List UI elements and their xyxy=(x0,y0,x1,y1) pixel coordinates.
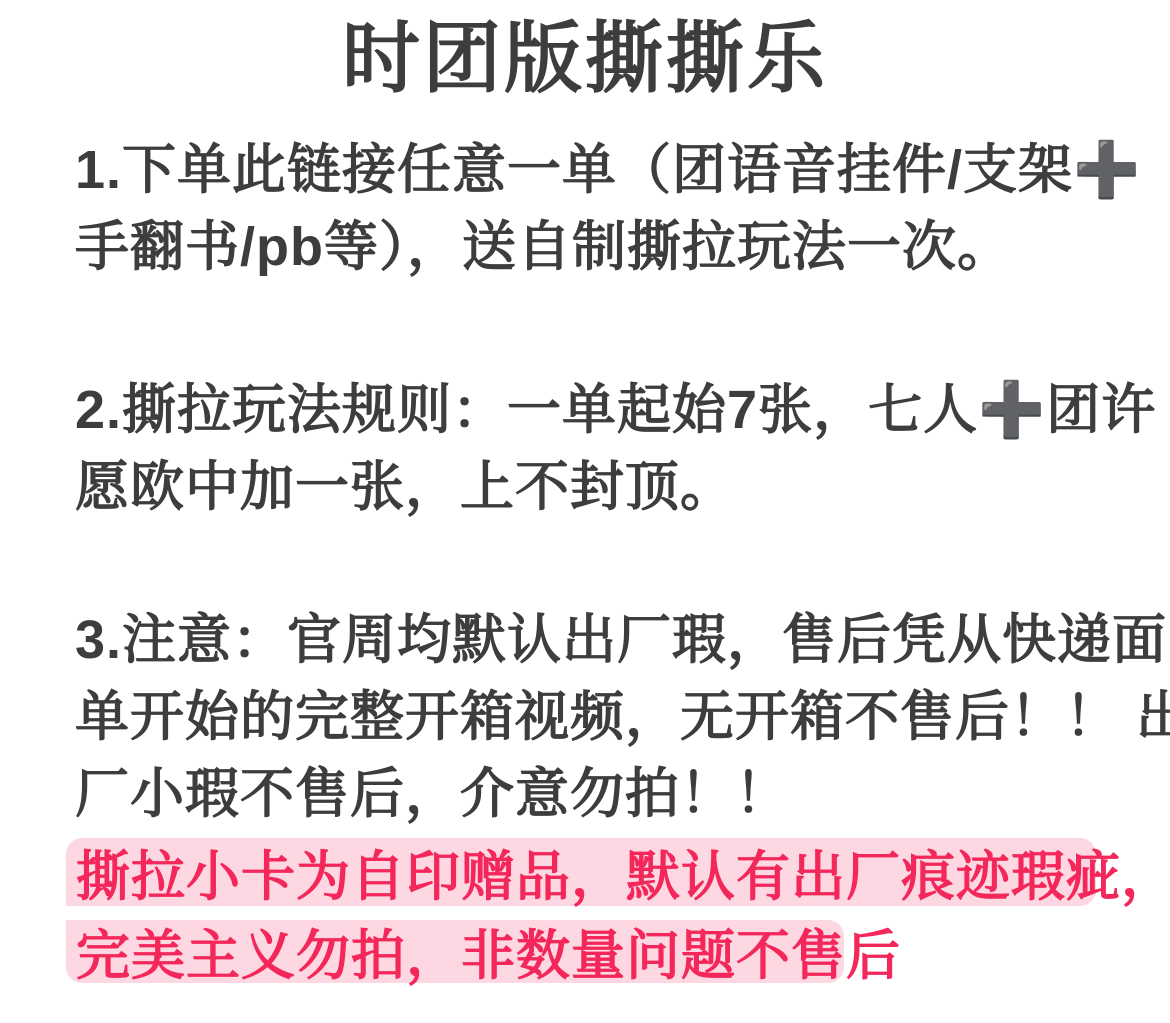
paragraph-gameplay-rule: 2.撕拉玩法规则：一单起始7张，七人➕团许 愿欧中加一张，上不封顶。 xyxy=(75,372,1140,526)
text-line: 单开始的完整开箱视频，无开箱不售后！！ 出 xyxy=(75,679,1140,756)
notice-page: 时团版撕撕乐 1.下单此链接任意一单（团语音挂件/支架➕ 手翻书/pb等），送自… xyxy=(0,0,1170,1023)
text-line: 1.下单此链接任意一单（团语音挂件/支架➕ xyxy=(75,132,1140,209)
text-line: 手翻书/pb等），送自制撕拉玩法一次。 xyxy=(75,209,1140,286)
text-line: 3.注意：官周均默认出厂瑕，售后凭从快递面 xyxy=(75,602,1140,679)
highlighted-warning-line: 完美主义勿拍，非数量问题不售后 xyxy=(66,920,844,983)
text-line: 厂小瑕不售后，介意勿拍！！ xyxy=(75,756,1140,833)
paragraph-order-rule: 1.下单此链接任意一单（团语音挂件/支架➕ 手翻书/pb等），送自制撕拉玩法一次… xyxy=(75,132,1140,286)
paragraph-aftersale-notice: 3.注意：官周均默认出厂瑕，售后凭从快递面 单开始的完整开箱视频，无开箱不售后！… xyxy=(75,602,1140,833)
page-title: 时团版撕撕乐 xyxy=(0,12,1170,106)
text-line: 2.撕拉玩法规则：一单起始7张，七人➕团许 xyxy=(75,372,1140,449)
text-line: 愿欧中加一张，上不封顶。 xyxy=(75,449,1140,526)
highlighted-warning-line: 撕拉小卡为自印赠品，默认有出厂痕迹瑕疵， xyxy=(66,838,1096,906)
